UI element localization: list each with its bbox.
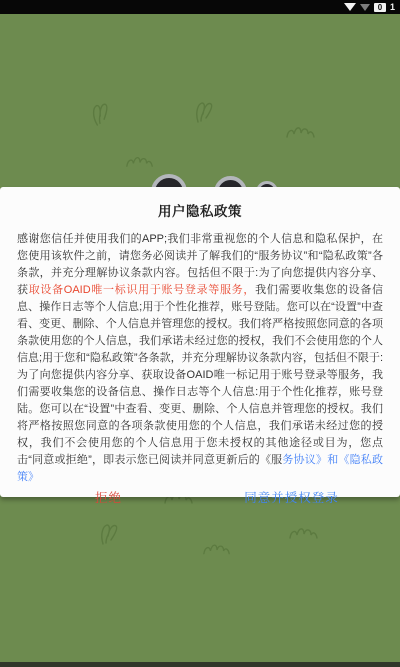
grass-doodle	[285, 124, 317, 140]
grass-doodle	[87, 94, 114, 128]
app-screen: 0 1 用户隐私政策 感谢您信任并使用我们的APP;我们非常重视您的个人信息和隐…	[0, 0, 400, 667]
bottom-bar	[0, 662, 400, 667]
wifi-icon	[344, 3, 356, 11]
policy-text-segment: 我们需要收集您的设备信息、操作日志等个人信息;用于个性化推荐，账号登陆。您可以在…	[17, 284, 383, 466]
grass-doodle	[125, 154, 155, 169]
signal-icon	[360, 4, 370, 11]
status-bar: 0 1	[0, 0, 400, 14]
grass-doodle	[202, 541, 232, 557]
grass-doodle	[98, 516, 120, 546]
agree-login-button[interactable]: 同意并授权登录	[238, 486, 345, 508]
grass-doodle	[194, 94, 214, 124]
battery-icon: 0	[374, 3, 386, 12]
policy-highlighted-text: 取设备OAID唯一标识用于账号登录等服务，	[29, 284, 255, 296]
dialog-title: 用户隐私政策	[17, 200, 383, 220]
status-indicator: 1	[390, 2, 395, 12]
privacy-policy-dialog: 用户隐私政策 感谢您信任并使用我们的APP;我们非常重视您的个人信息和隐私保护，…	[0, 187, 400, 497]
dialog-button-row: 拒绝 同意并授权登录	[17, 486, 383, 508]
grass-doodle	[288, 525, 320, 541]
reject-button[interactable]: 拒绝	[89, 486, 128, 508]
privacy-policy-text: 感谢您信任并使用我们的APP;我们非常重视您的个人信息和隐私保护，在您使用该软件…	[17, 231, 383, 486]
